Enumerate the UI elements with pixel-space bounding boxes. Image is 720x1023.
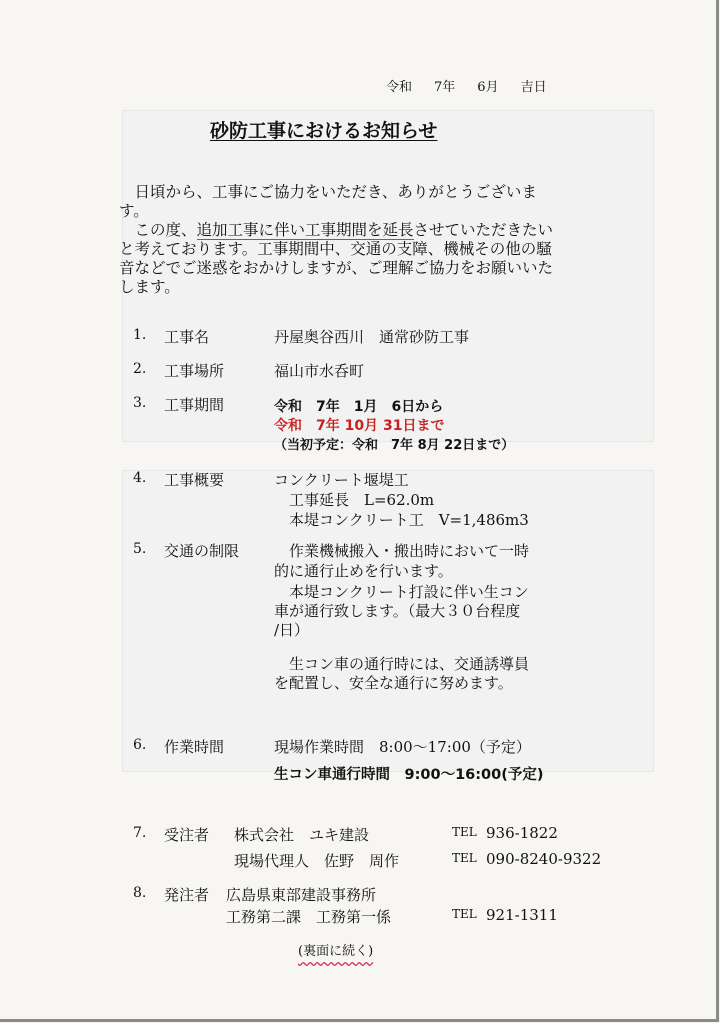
highlighted-extension-text: 追加工事に伴い工事期間を延長 [197,221,414,240]
contractor-tel-label: TEL [452,825,477,839]
document-page: 令和7年6月吉日 砂防工事におけるお知らせ 日頃から、工事にご協力をいただき、あ… [0,0,719,1022]
item-3-label: 工事期間 [164,394,224,415]
concrete-truck-hours: 生コン車通行時間 9:00～16:00(予定) [274,763,543,784]
item-5-num: 5. [133,541,146,557]
item-2-label: 工事場所 [164,360,224,381]
item-7-label: 受注者 [164,824,209,845]
period-start: 令和 7年 1月 6日から [274,396,443,416]
client-section: 工務第二課 工務第一係 [226,906,391,927]
traffic-line-2: 的に通行止めを行います。 [274,560,453,581]
contractor-tel: 936-1822 [486,824,558,842]
item-4-label: 工事概要 [164,469,224,490]
item-8-num: 8. [133,885,146,901]
overview-type: コンクリート堰堤工 [274,469,409,490]
overview-length: 工事延長 L=62.0m [289,489,434,510]
continued-on-back: (裏面に続く) [298,940,373,959]
intro-paragraph-2: この度、追加工事に伴い工事期間を延長させていただきたいと考えております。工事期間… [119,221,559,297]
item-6-num: 6. [133,737,146,753]
intro-paragraph-1: 日頃から、工事にご協力をいただき、ありがとうございます。 [119,183,559,221]
client-tel-label: TEL [452,907,477,921]
traffic-line-1: 作業機械搬入・搬出時において一時 [289,540,529,561]
intro-p2-pre: この度、 [135,221,197,239]
client-office: 広島県東部建設事務所 [226,884,376,905]
date-era: 令和 [386,80,412,95]
intro-text: 日頃から、工事にご協力をいただき、ありがとうございます。 この度、追加工事に伴い… [119,183,559,297]
contractor-company: 株式会社 ユキ建設 [234,824,369,845]
site-agent: 現場代理人 佐野 周作 [234,850,399,871]
traffic-line-5: /日） [274,619,309,640]
traffic-line-6: 生コン車の通行時には、交通誘導員 [289,653,529,674]
project-location: 福山市水呑町 [274,360,364,381]
agent-tel-label: TEL [452,851,477,865]
agent-tel: 090-8240-9322 [486,850,601,868]
item-8-label: 発注者 [164,884,209,905]
item-7-num: 7. [133,825,146,841]
item-3-num: 3. [133,395,146,411]
date-year: 7年 [434,80,455,95]
traffic-line-3: 本堤コンクリート打設に伴い生コン [289,581,529,602]
page-title: 砂防工事におけるお知らせ [210,116,437,143]
site-work-hours: 現場作業時間 8:00～17:00（予定） [274,736,531,757]
period-end: 令和 7年 10月 31日まで [274,415,444,435]
project-name: 丹屋奥谷西川 通常砂防工事 [274,326,469,347]
date-month: 6月 [477,80,498,95]
item-6-label: 作業時間 [164,736,224,757]
traffic-line-4: 車が通行致します。（最大３０台程度 [274,600,520,621]
date-day: 吉日 [521,80,547,95]
item-1-num: 1. [133,327,146,343]
period-original: （当初予定：令和 7年 8月 22日まで） [274,434,514,453]
item-4-num: 4. [133,470,146,486]
issue-date: 令和7年6月吉日 [386,76,569,95]
client-tel: 921-1311 [486,906,558,924]
item-5-label: 交通の制限 [164,540,239,561]
overview-volume: 本堤コンクリート工 V=1,486m3 [289,509,529,530]
item-2-num: 2. [133,361,146,377]
traffic-line-7: を配置し、安全な通行に努めます。 [274,672,513,693]
item-1-label: 工事名 [164,326,209,347]
